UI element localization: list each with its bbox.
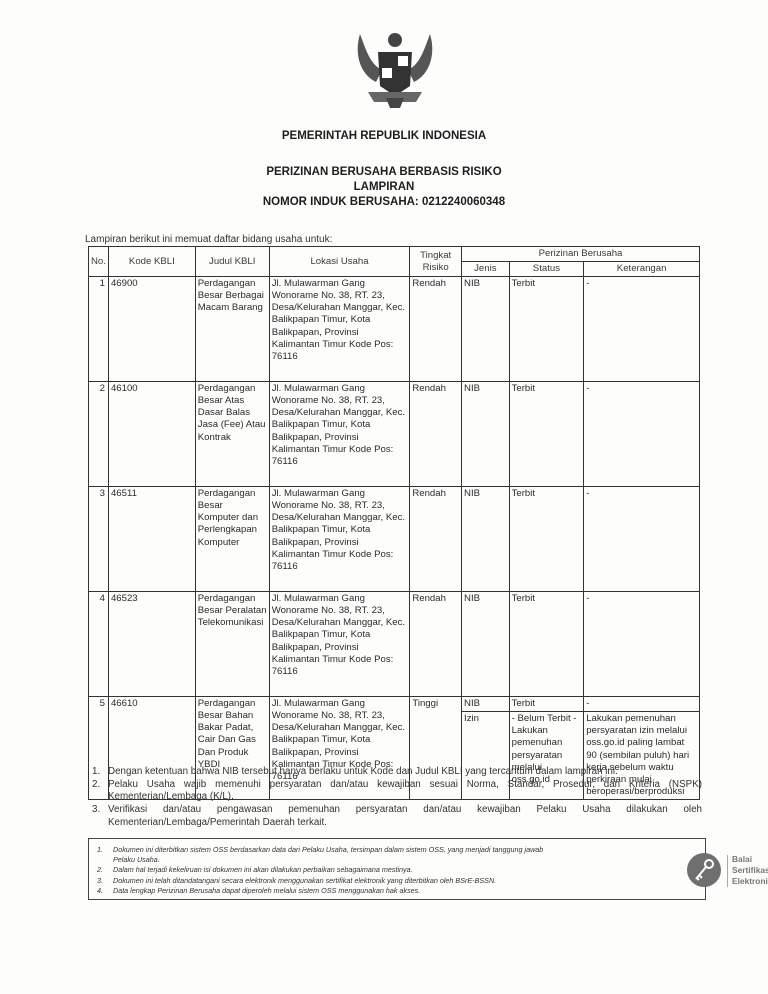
table-row: 146900Perdagangan Besar Berbagai Macam B… — [89, 277, 700, 382]
cell-no: 4 — [89, 592, 109, 697]
footer-item: 3.Dokumen ini telah ditandatangani secar… — [97, 876, 557, 886]
notes-list: 1.Dengan ketentuan bahwa NIB tersebut ha… — [92, 766, 702, 830]
header-jenis: Jenis — [462, 262, 510, 277]
cell-status: Terbit — [509, 487, 584, 592]
header-judul: Judul KBLI — [195, 247, 269, 277]
cell-judul: Perdagangan Besar Komputer dan Perlengka… — [195, 487, 269, 592]
cell-risiko: Rendah — [410, 277, 462, 382]
table-row: 346511Perdagangan Besar Komputer dan Per… — [89, 487, 700, 592]
footer-item: 1.Dokumen ini diterbitkan sistem OSS ber… — [97, 845, 557, 865]
government-title: PEMERINTAH REPUBLIK INDONESIA — [0, 130, 768, 142]
cell-no: 1 — [89, 277, 109, 382]
note-item: 3.Verifikasi dan/atau pengawasan pemenuh… — [92, 804, 702, 829]
cell-kode: 46511 — [108, 487, 195, 592]
footer-number: 3. — [97, 876, 113, 886]
footer-text: Dokumen ini diterbitkan sistem OSS berda… — [113, 845, 557, 865]
cell-no: 2 — [89, 382, 109, 487]
garuda-emblem-icon — [352, 24, 438, 112]
note-item: 2.Pelaku Usaha wajib memenuhi persyarata… — [92, 779, 702, 804]
cell-jenis: NIB — [462, 382, 510, 487]
cell-risiko: Rendah — [410, 592, 462, 697]
cell-jenis: NIB — [462, 697, 510, 712]
cell-kode: 46523 — [108, 592, 195, 697]
cell-risiko: Rendah — [410, 382, 462, 487]
cell-lokasi: Jl. Mulawarman Gang Wonorame No. 38, RT.… — [269, 382, 410, 487]
nib-number: NOMOR INDUK BERUSAHA: 0212240060348 — [0, 195, 768, 210]
bsre-label: Balai Sertifikasi Elektronik — [732, 854, 768, 887]
table-row: 246100Perdagangan Besar Atas Dasar Balas… — [89, 382, 700, 487]
cell-kode: 46100 — [108, 382, 195, 487]
header-perizinan: Perizinan Berusaha — [462, 247, 700, 262]
bsre-line: Balai — [732, 854, 768, 865]
cell-lokasi: Jl. Mulawarman Gang Wonorame No. 38, RT.… — [269, 592, 410, 697]
cell-jenis: NIB — [462, 487, 510, 592]
kbli-table: No. Kode KBLI Judul KBLI Lokasi Usaha Ti… — [88, 246, 700, 800]
cell-status: Terbit — [509, 277, 584, 382]
header-status: Status — [509, 262, 584, 277]
footer-number: 1. — [97, 845, 113, 865]
cell-status: Terbit — [509, 697, 584, 712]
cell-keterangan: - — [584, 697, 700, 712]
note-number: 3. — [92, 804, 108, 829]
document-title: PERIZINAN BERUSAHA BERBASIS RISIKO LAMPI… — [0, 165, 768, 210]
cell-kode: 46900 — [108, 277, 195, 382]
footer-item: 4.Data lengkap Perizinan Berusaha dapat … — [97, 886, 557, 896]
cell-jenis: NIB — [462, 592, 510, 697]
header-kode: Kode KBLI — [108, 247, 195, 277]
table-row: 446523Perdagangan Besar Peralatan Teleko… — [89, 592, 700, 697]
note-text: Dengan ketentuan bahwa NIB tersebut hany… — [108, 766, 702, 779]
cell-status: Terbit — [509, 382, 584, 487]
cell-judul: Perdagangan Besar Peralatan Telekomunika… — [195, 592, 269, 697]
cell-keterangan: - — [584, 382, 700, 487]
title-line-2: LAMPIRAN — [0, 180, 768, 195]
footer-text: Data lengkap Perizinan Berusaha dapat di… — [113, 886, 420, 896]
cell-risiko: Rendah — [410, 487, 462, 592]
cell-status: Terbit — [509, 592, 584, 697]
footer-number: 4. — [97, 886, 113, 896]
bsre-badge: Balai Sertifikasi Elektronik — [687, 851, 768, 891]
intro-text: Lampiran berikut ini memuat daftar bidan… — [85, 234, 332, 245]
cell-keterangan: - — [584, 592, 700, 697]
header-keterangan: Keterangan — [584, 262, 700, 277]
note-item: 1.Dengan ketentuan bahwa NIB tersebut ha… — [92, 766, 702, 779]
cell-lokasi: Jl. Mulawarman Gang Wonorame No. 38, RT.… — [269, 487, 410, 592]
footer-disclaimer-box: 1.Dokumen ini diterbitkan sistem OSS ber… — [88, 838, 706, 900]
footer-number: 2. — [97, 865, 113, 875]
cell-judul: Perdagangan Besar Atas Dasar Balas Jasa … — [195, 382, 269, 487]
cell-no: 3 — [89, 487, 109, 592]
bsre-line: Sertifikasi — [732, 865, 768, 876]
footer-text: Dalam hal terjadi kekeliruan isi dokumen… — [113, 865, 413, 875]
title-line-1: PERIZINAN BERUSAHA BERBASIS RISIKO — [0, 165, 768, 180]
bsre-key-logo-icon — [687, 853, 721, 887]
footer-item: 2.Dalam hal terjadi kekeliruan isi dokum… — [97, 865, 557, 875]
header-no: No. — [89, 247, 109, 277]
cell-keterangan: - — [584, 487, 700, 592]
table-row: 5 46610 Perdagangan Besar Bahan Bakar Pa… — [89, 697, 700, 712]
header-risiko: Tingkat Risiko — [410, 247, 462, 277]
note-text: Verifikasi dan/atau pengawasan pemenuhan… — [108, 804, 702, 829]
note-number: 2. — [92, 779, 108, 804]
cell-jenis: NIB — [462, 277, 510, 382]
note-number: 1. — [92, 766, 108, 779]
cell-keterangan: - — [584, 277, 700, 382]
note-text: Pelaku Usaha wajib memenuhi persyaratan … — [108, 779, 702, 804]
cell-lokasi: Jl. Mulawarman Gang Wonorame No. 38, RT.… — [269, 277, 410, 382]
footer-text: Dokumen ini telah ditandatangani secara … — [113, 876, 496, 886]
divider — [727, 855, 728, 887]
header-lokasi: Lokasi Usaha — [269, 247, 410, 277]
bsre-line: Elektronik — [732, 876, 768, 887]
cell-judul: Perdagangan Besar Berbagai Macam Barang — [195, 277, 269, 382]
